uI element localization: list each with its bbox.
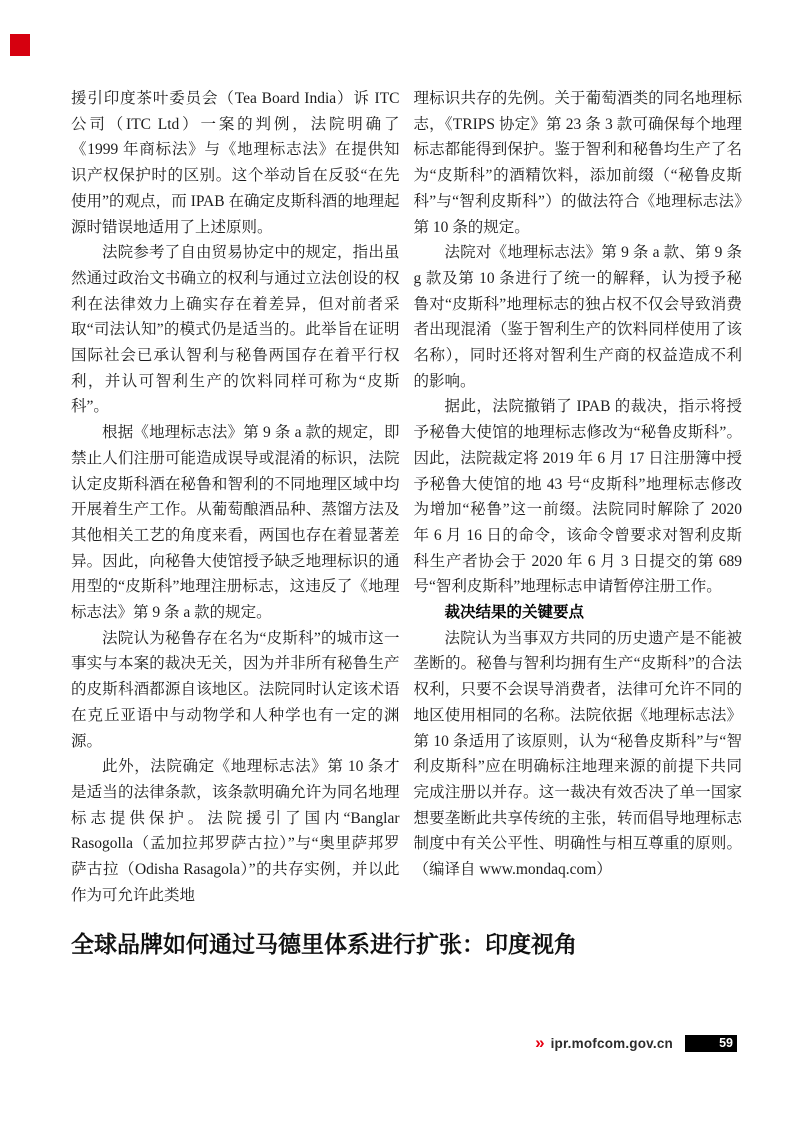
section-heading: 裁决结果的关键要点 — [414, 600, 743, 626]
paragraph: 据此，法院撤销了 IPAB 的裁决，指示将授予秘鲁大使馆的地理标志修改为“秘鲁皮… — [414, 394, 743, 600]
paragraph: 法院参考了自由贸易协定中的规定，指出虽然通过政治文书确立的权利与通过立法创设的权… — [71, 240, 400, 420]
paragraph: 理标识共存的先例。关于葡萄酒类的同名地理标志，《TRIPS 协定》第 23 条 … — [414, 86, 743, 240]
left-column: 援引印度茶叶委员会（Tea Board India）诉 ITC 公司（ITC L… — [71, 86, 400, 909]
page-footer: » ipr.mofcom.gov.cn 59 — [535, 1034, 737, 1052]
right-column: 理标识共存的先例。关于葡萄酒类的同名地理标志，《TRIPS 协定》第 23 条 … — [414, 86, 743, 909]
paragraph: 根据《地理标志法》第 9 条 a 款的规定，即禁止人们注册可能造成误导或混淆的标… — [71, 420, 400, 626]
page-number: 59 — [719, 1036, 733, 1050]
paragraph: 法院认为当事双方共同的历史遗产是不能被垄断的。秘鲁与智利均拥有生产“皮斯科”的合… — [414, 626, 743, 883]
article-body: 援引印度茶叶委员会（Tea Board India）诉 ITC 公司（ITC L… — [71, 86, 742, 909]
paragraph: 此外，法院确定《地理标志法》第 10 条才是适当的法律条款，该条款明确允许为同名… — [71, 754, 400, 908]
paragraph: 法院对《地理标志法》第 9 条 a 款、第 9 条 g 款及第 10 条进行了统… — [414, 240, 743, 394]
next-article-title: 全球品牌如何通过马德里体系进行扩张：印度视角 — [71, 929, 577, 959]
corner-marker — [10, 34, 30, 56]
magazine-page: 援引印度茶叶委员会（Tea Board India）诉 ITC 公司（ITC L… — [0, 0, 794, 1122]
chevron-right-icon: » — [535, 1034, 544, 1052]
footer-site-url: ipr.mofcom.gov.cn — [551, 1036, 673, 1051]
paragraph: 法院认为秘鲁存在名为“皮斯科”的城市这一事实与本案的裁决无关，因为并非所有秘鲁生… — [71, 626, 400, 755]
page-number-box: 59 — [685, 1035, 737, 1052]
paragraph: 援引印度茶叶委员会（Tea Board India）诉 ITC 公司（ITC L… — [71, 86, 400, 240]
